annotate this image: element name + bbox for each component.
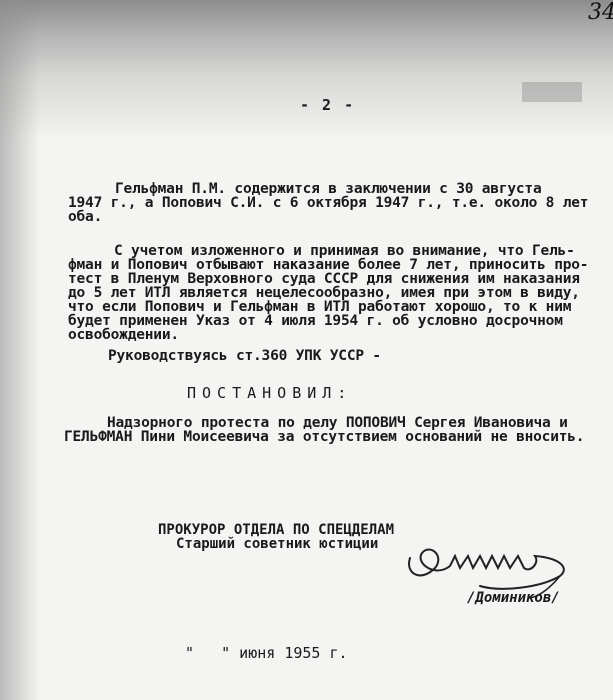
- paragraph-2-line: освобождении.: [68, 328, 179, 342]
- faded-stamp: [522, 82, 582, 102]
- paragraph-2-line: до 5 лет ИТЛ является нецелесообразно, и…: [68, 286, 580, 300]
- document-date: " " июня 1955 г.: [185, 644, 348, 662]
- paragraph-2-line: фман и Попович отбывают наказание более …: [68, 258, 588, 272]
- handwritten-signature: [400, 528, 600, 598]
- paragraph-2-line: тест в Пленум Верховного суда СССР для с…: [68, 272, 580, 286]
- legal-basis-line: Руководствуясь ст.360 УПК УССР -: [108, 349, 381, 363]
- signatory-rank: Старший советник юстиции: [176, 536, 378, 552]
- resolution-line: ГЕЛЬФМАН Пини Моисеевича за отсутствием …: [64, 430, 584, 444]
- scan-shadow-left: [0, 0, 40, 700]
- resolution-heading: ПОСТАНОВИЛ:: [187, 384, 352, 402]
- paragraph-1-line: Гельфман П.М. содержится в заключении с …: [115, 182, 542, 196]
- paragraph-1-line: обa.: [68, 210, 102, 224]
- resolution-line: Надзорного протеста по делу ПОПОВИЧ Серг…: [107, 416, 568, 430]
- paragraph-1-line: 1947 г., а Попович С.И. с 6 октября 1947…: [68, 196, 588, 210]
- page-number: - 2 -: [300, 96, 355, 114]
- signatory-name: /Домиников/: [467, 590, 560, 606]
- paragraph-2-line: будет применен Указ от 4 июля 1954 г. об…: [68, 314, 563, 328]
- scan-shadow-top: [0, 0, 613, 140]
- paragraph-2-line: С учетом изложенного и принимая во внима…: [114, 244, 575, 258]
- folio-number: 34: [588, 0, 613, 25]
- paragraph-2-line: что если Попович и Гельфман в ИТЛ работа…: [68, 300, 571, 314]
